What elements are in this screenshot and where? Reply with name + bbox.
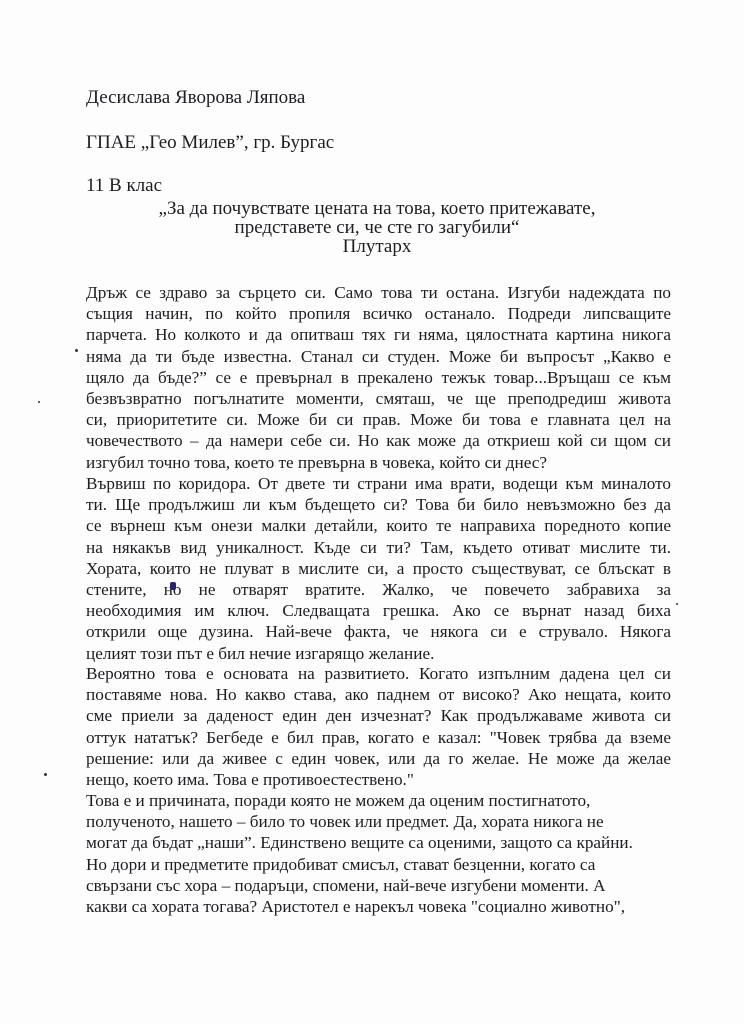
- text-line: свързани със хора – подаръци, спомени, н…: [86, 875, 656, 896]
- text-line: открили още дузина. Най-вече факта, че н…: [86, 621, 671, 642]
- text-line: щяло да бъде?” се е превърнал в прекален…: [86, 367, 671, 388]
- ink-blot: [170, 582, 176, 590]
- text-line: поставяме нова. Но какво става, ако падн…: [86, 684, 671, 705]
- paragraph-2: Вървиш по коридора. От двете ти страни и…: [86, 473, 671, 664]
- paragraph-4: Това е и причината, поради която не може…: [86, 790, 656, 917]
- epigraph-line: представете си, че сте го загубили“: [86, 218, 668, 237]
- text-line: изгубил точно това, което те превърна в …: [86, 452, 671, 473]
- text-line: Хората, които не плуват в мислите си, а …: [86, 558, 671, 579]
- text-line: нещо, което има. Това е противоестествен…: [86, 769, 671, 790]
- text-line: решение: или да живее с един човек, или …: [86, 748, 671, 769]
- document-page: Десислава Яворова Ляпова ГПАЕ „Гео Милев…: [0, 0, 744, 1024]
- text-line: няма да ти бъде известна. Станал си студ…: [86, 346, 671, 367]
- scan-speck: [75, 349, 78, 352]
- epigraph-line: „За да почувствате цената на това, което…: [86, 199, 668, 218]
- text-line: Но дори и предметите придобиват смисъл, …: [86, 854, 656, 875]
- text-line: безвъзвратно погълнатите моменти, смяташ…: [86, 388, 671, 409]
- text-line: на някакъв вид уникалност. Къде си ти? Т…: [86, 537, 671, 558]
- class-label: 11 В клас: [86, 175, 162, 197]
- text-line: целият този път е бил нечие изгарящо жел…: [86, 643, 671, 664]
- paragraph-1: Дръж се здраво за сърцето си. Само това …: [86, 282, 671, 473]
- text-line: се върнеш към онези малки детайли, които…: [86, 515, 671, 536]
- scan-speck: [676, 603, 678, 605]
- epigraph: „За да почувствате цената на това, което…: [86, 199, 668, 256]
- text-line: Дръж се здраво за сърцето си. Само това …: [86, 282, 671, 303]
- text-line: могат да бъдат „наши”. Единствено вещите…: [86, 832, 656, 853]
- text-line: си, приоритетите си. Може би си прав. Мо…: [86, 409, 671, 430]
- school-name: ГПАЕ „Гео Милев”, гр. Бургас: [86, 132, 334, 154]
- epigraph-attribution: Плутарх: [86, 237, 668, 256]
- author-name: Десислава Яворова Ляпова: [86, 87, 305, 109]
- scan-speck: [38, 401, 40, 403]
- text-line: Вероятно това е основата на развитието. …: [86, 663, 671, 684]
- text-line: оттук нататък? Бегбеде е бил прав, когат…: [86, 727, 671, 748]
- text-line: какви са хората тогава? Аристотел е наре…: [86, 896, 656, 917]
- text-line: Това е и причината, поради която не може…: [86, 790, 656, 811]
- text-line: същия начин, по който пропиля всичко ост…: [86, 303, 671, 324]
- text-line: Вървиш по коридора. От двете ти страни и…: [86, 473, 671, 494]
- text-line: сме приели за даденост един ден изчезнат…: [86, 705, 671, 726]
- text-line: парчета. Но колкото и да опитваш тях ги …: [86, 324, 671, 345]
- scan-speck: [44, 773, 47, 776]
- paragraph-3: Вероятно това е основата на развитието. …: [86, 663, 671, 790]
- text-line: ти. Ще продължиш ли към бъдещето си? Тов…: [86, 494, 671, 515]
- text-line: необходимия им ключ. Следващата грешка. …: [86, 600, 671, 621]
- text-line: полученото, нашето – било то човек или п…: [86, 811, 656, 832]
- text-line: човечеството – да намери себе си. Но как…: [86, 430, 671, 451]
